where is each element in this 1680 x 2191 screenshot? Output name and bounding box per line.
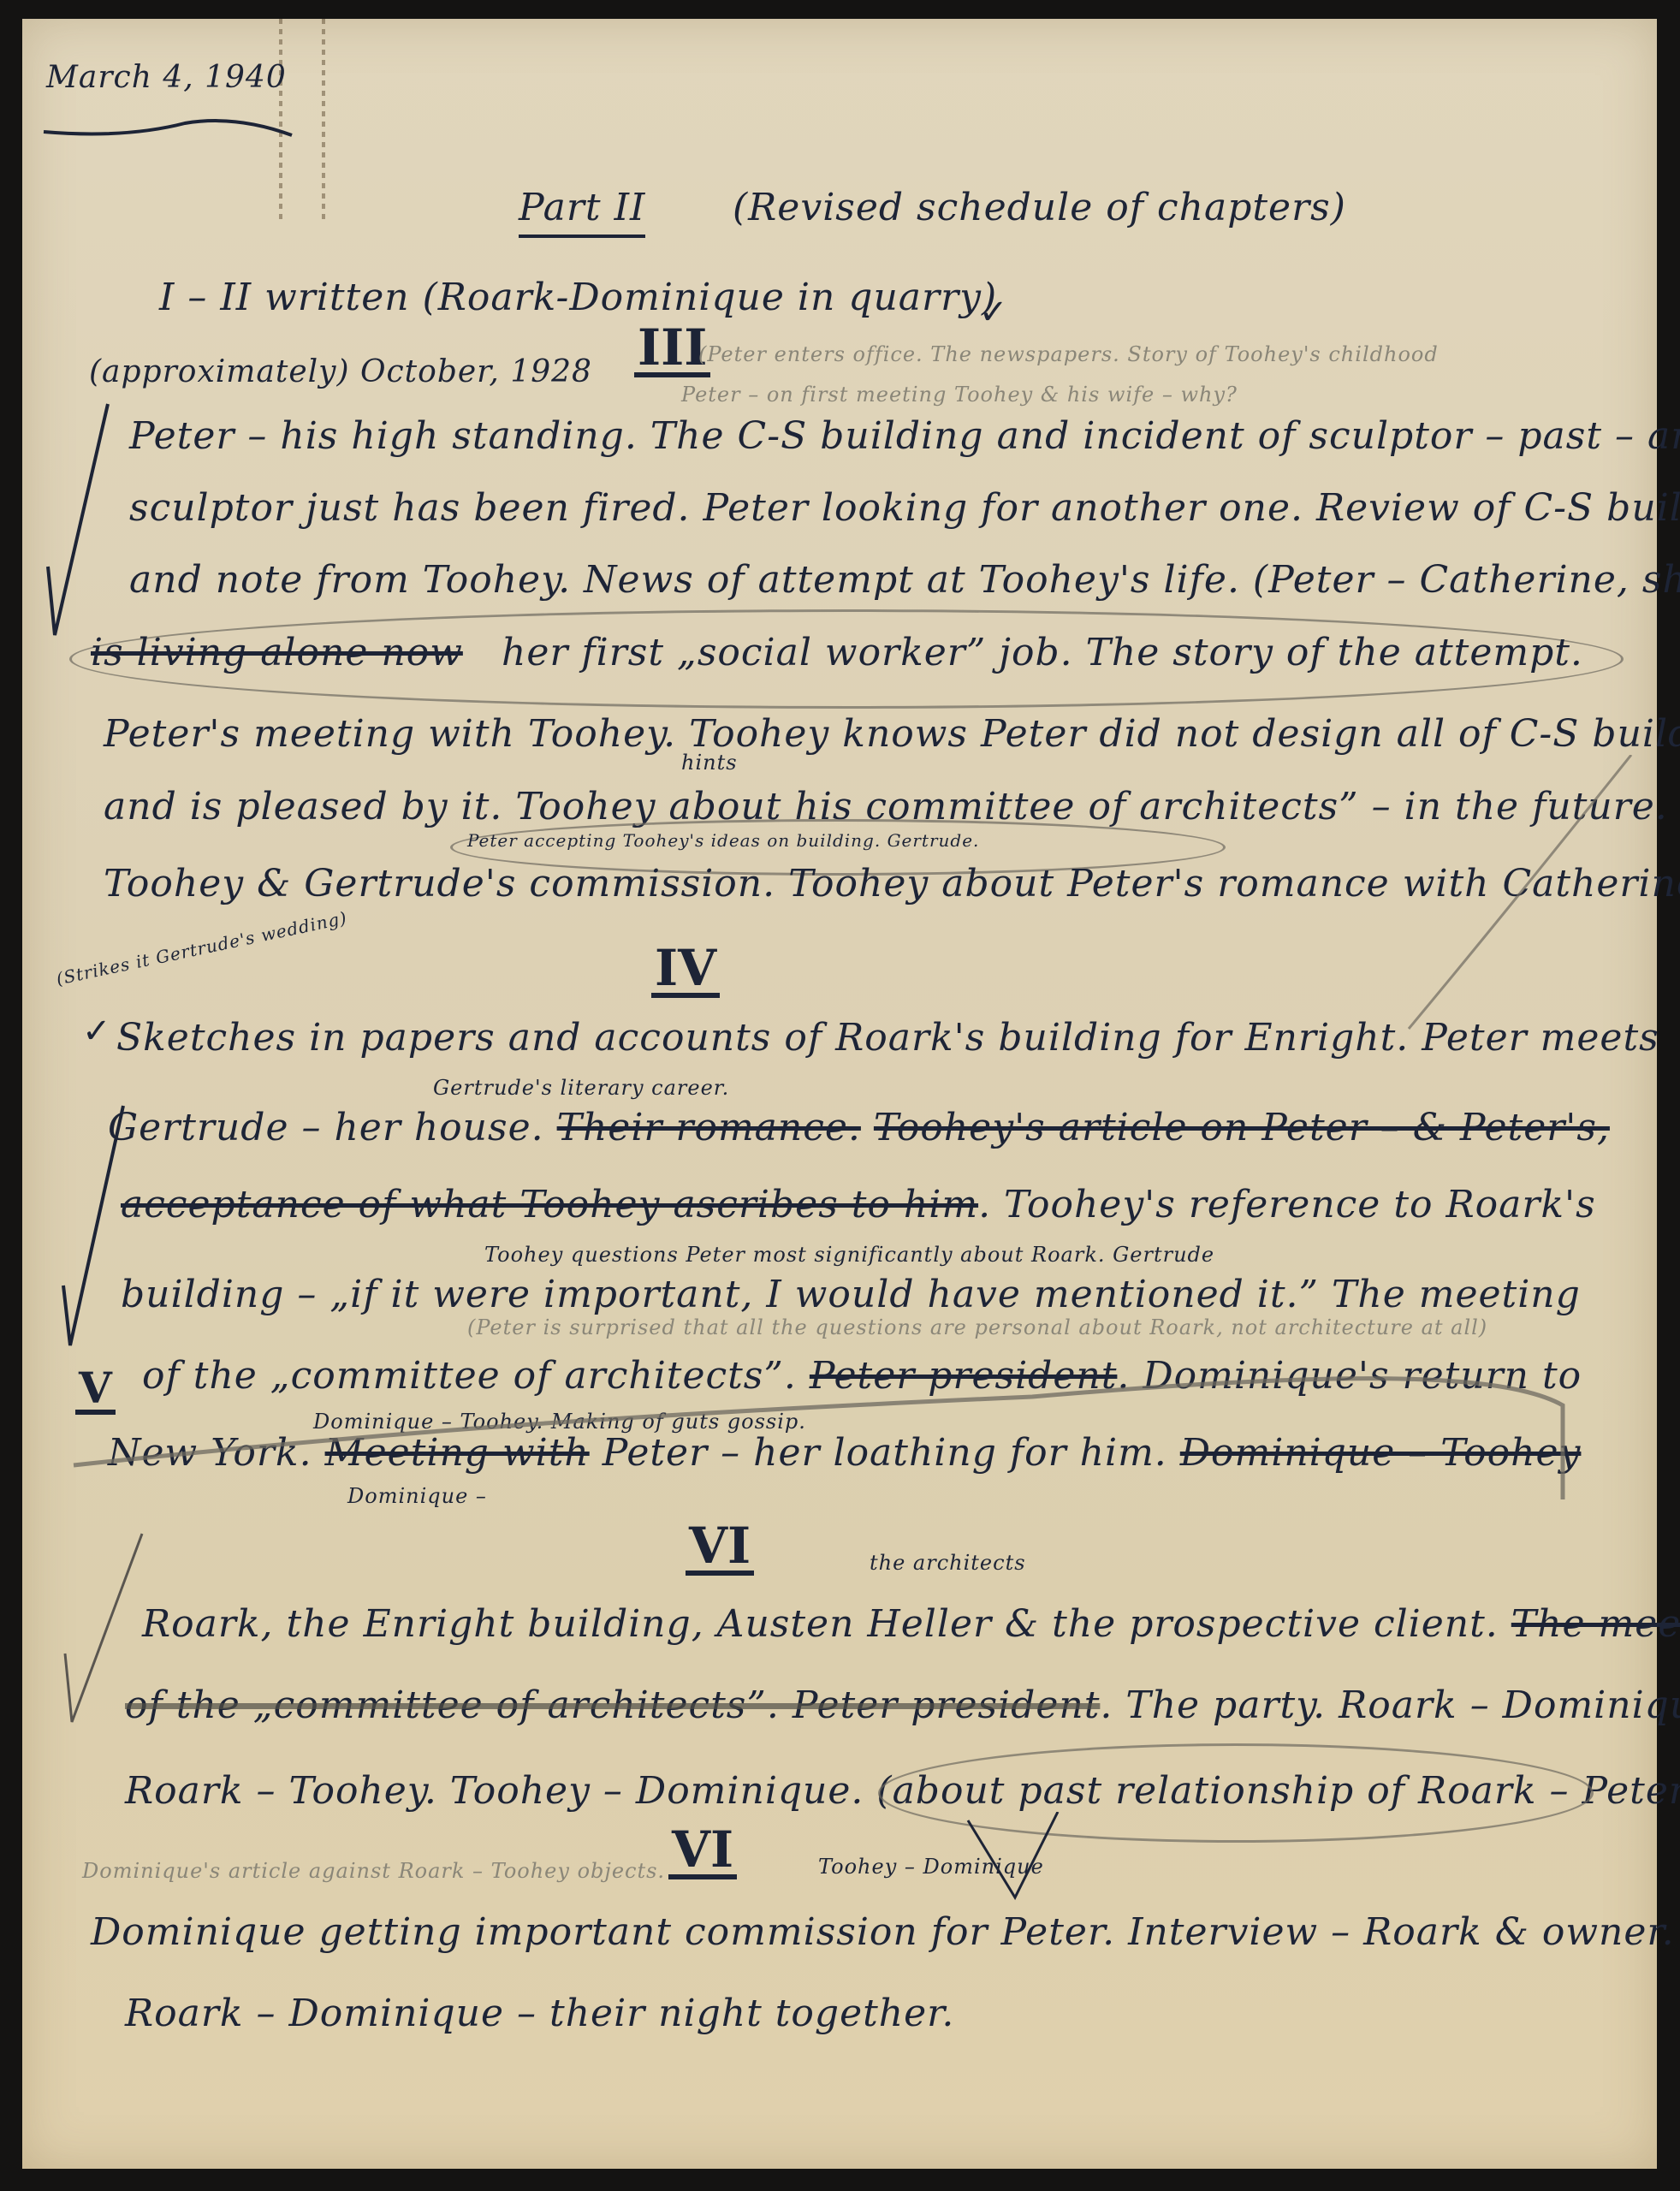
struck-text: of the „committee of architects”. Peter …: [125, 1683, 1100, 1727]
struck-text: is living alone now: [91, 631, 463, 674]
date-underline: [39, 115, 313, 140]
text-line: Peter – his high standing. The C-S build…: [129, 414, 1680, 458]
text-line: Sketches in papers and accounts of Roark…: [116, 1016, 1659, 1060]
struck-text: acceptance of what Toohey ascribes to hi…: [121, 1183, 978, 1226]
page-title: Part II: [519, 186, 645, 238]
text-line: Peter's meeting with Toohey. Toohey know…: [104, 712, 1680, 756]
pencil-note: (Peter enters office. The newspapers. St…: [698, 342, 1439, 366]
chapter-iii-date: (approximately) October, 1928: [89, 354, 592, 389]
manuscript-page: March 4, 1940 Part II (Revised schedule …: [22, 19, 1657, 2169]
pencil-note: (Peter is surprised that all the questio…: [467, 1315, 1487, 1339]
fold-crease: [322, 19, 325, 224]
chapter-numeral-vi-2: VI: [668, 1825, 737, 1879]
text-line: Roark – Dominique – their night together…: [125, 1992, 954, 2035]
struck-text: Toohey's article on Peter – & Peter's,: [874, 1106, 1610, 1149]
interlinear-insert: Peter accepting Toohey's ideas on buildi…: [467, 830, 979, 851]
text-line: sculptor just has been fired. Peter look…: [129, 486, 1680, 530]
text-line: building – „if it were important, I woul…: [121, 1273, 1581, 1316]
pencil-note: Dominique's article against Roark – Tooh…: [82, 1859, 665, 1883]
pencil-bracket: [48, 1337, 1657, 1525]
text-line: Gertrude – her house. Their romance. Too…: [108, 1106, 1610, 1149]
text-line: her first „social worker” job. The story…: [502, 631, 1583, 674]
page-subtitle: (Revised schedule of chapters): [733, 186, 1346, 229]
struck-text: Their romance.: [557, 1106, 861, 1149]
struck-text: The meeting: [1511, 1602, 1680, 1646]
interlinear-insert: hints: [681, 751, 738, 775]
chapter-numeral-vi: VI: [686, 1521, 754, 1576]
date: March 4, 1940: [46, 60, 287, 95]
interlinear-insert: Toohey questions Peter most significantl…: [484, 1243, 1214, 1267]
margin-note: (Strikes it Gertrude's wedding): [55, 907, 349, 989]
text-line: Dominique getting important commission f…: [91, 1910, 1675, 1954]
interlinear-insert: the architects: [870, 1551, 1026, 1575]
pencil-arrow: [1306, 755, 1648, 1037]
chapters-written-note: I – II written (Roark-Dominique in quarr…: [159, 276, 997, 319]
text-line: acceptance of what Toohey ascribes to hi…: [121, 1183, 1596, 1226]
text-line: is living alone now: [91, 631, 463, 674]
checkmark-icon: ✓: [82, 1012, 111, 1051]
interlinear-insert: Gertrude's literary career.: [433, 1076, 729, 1100]
checkmark-icon: ✓: [979, 293, 1008, 332]
insert-arrow: [964, 1812, 1066, 1915]
text-line: Roark, the Enright building, Austen Hell…: [142, 1602, 1680, 1646]
margin-checkmark-icon: [39, 395, 116, 644]
text-line: and note from Toohey. News of attempt at…: [129, 558, 1680, 602]
pencil-note: Peter – on first meeting Toohey & his wi…: [681, 383, 1238, 407]
chapter-numeral-iv: IV: [651, 943, 720, 998]
text-line: of the „committee of architects”. Peter …: [125, 1683, 1680, 1727]
